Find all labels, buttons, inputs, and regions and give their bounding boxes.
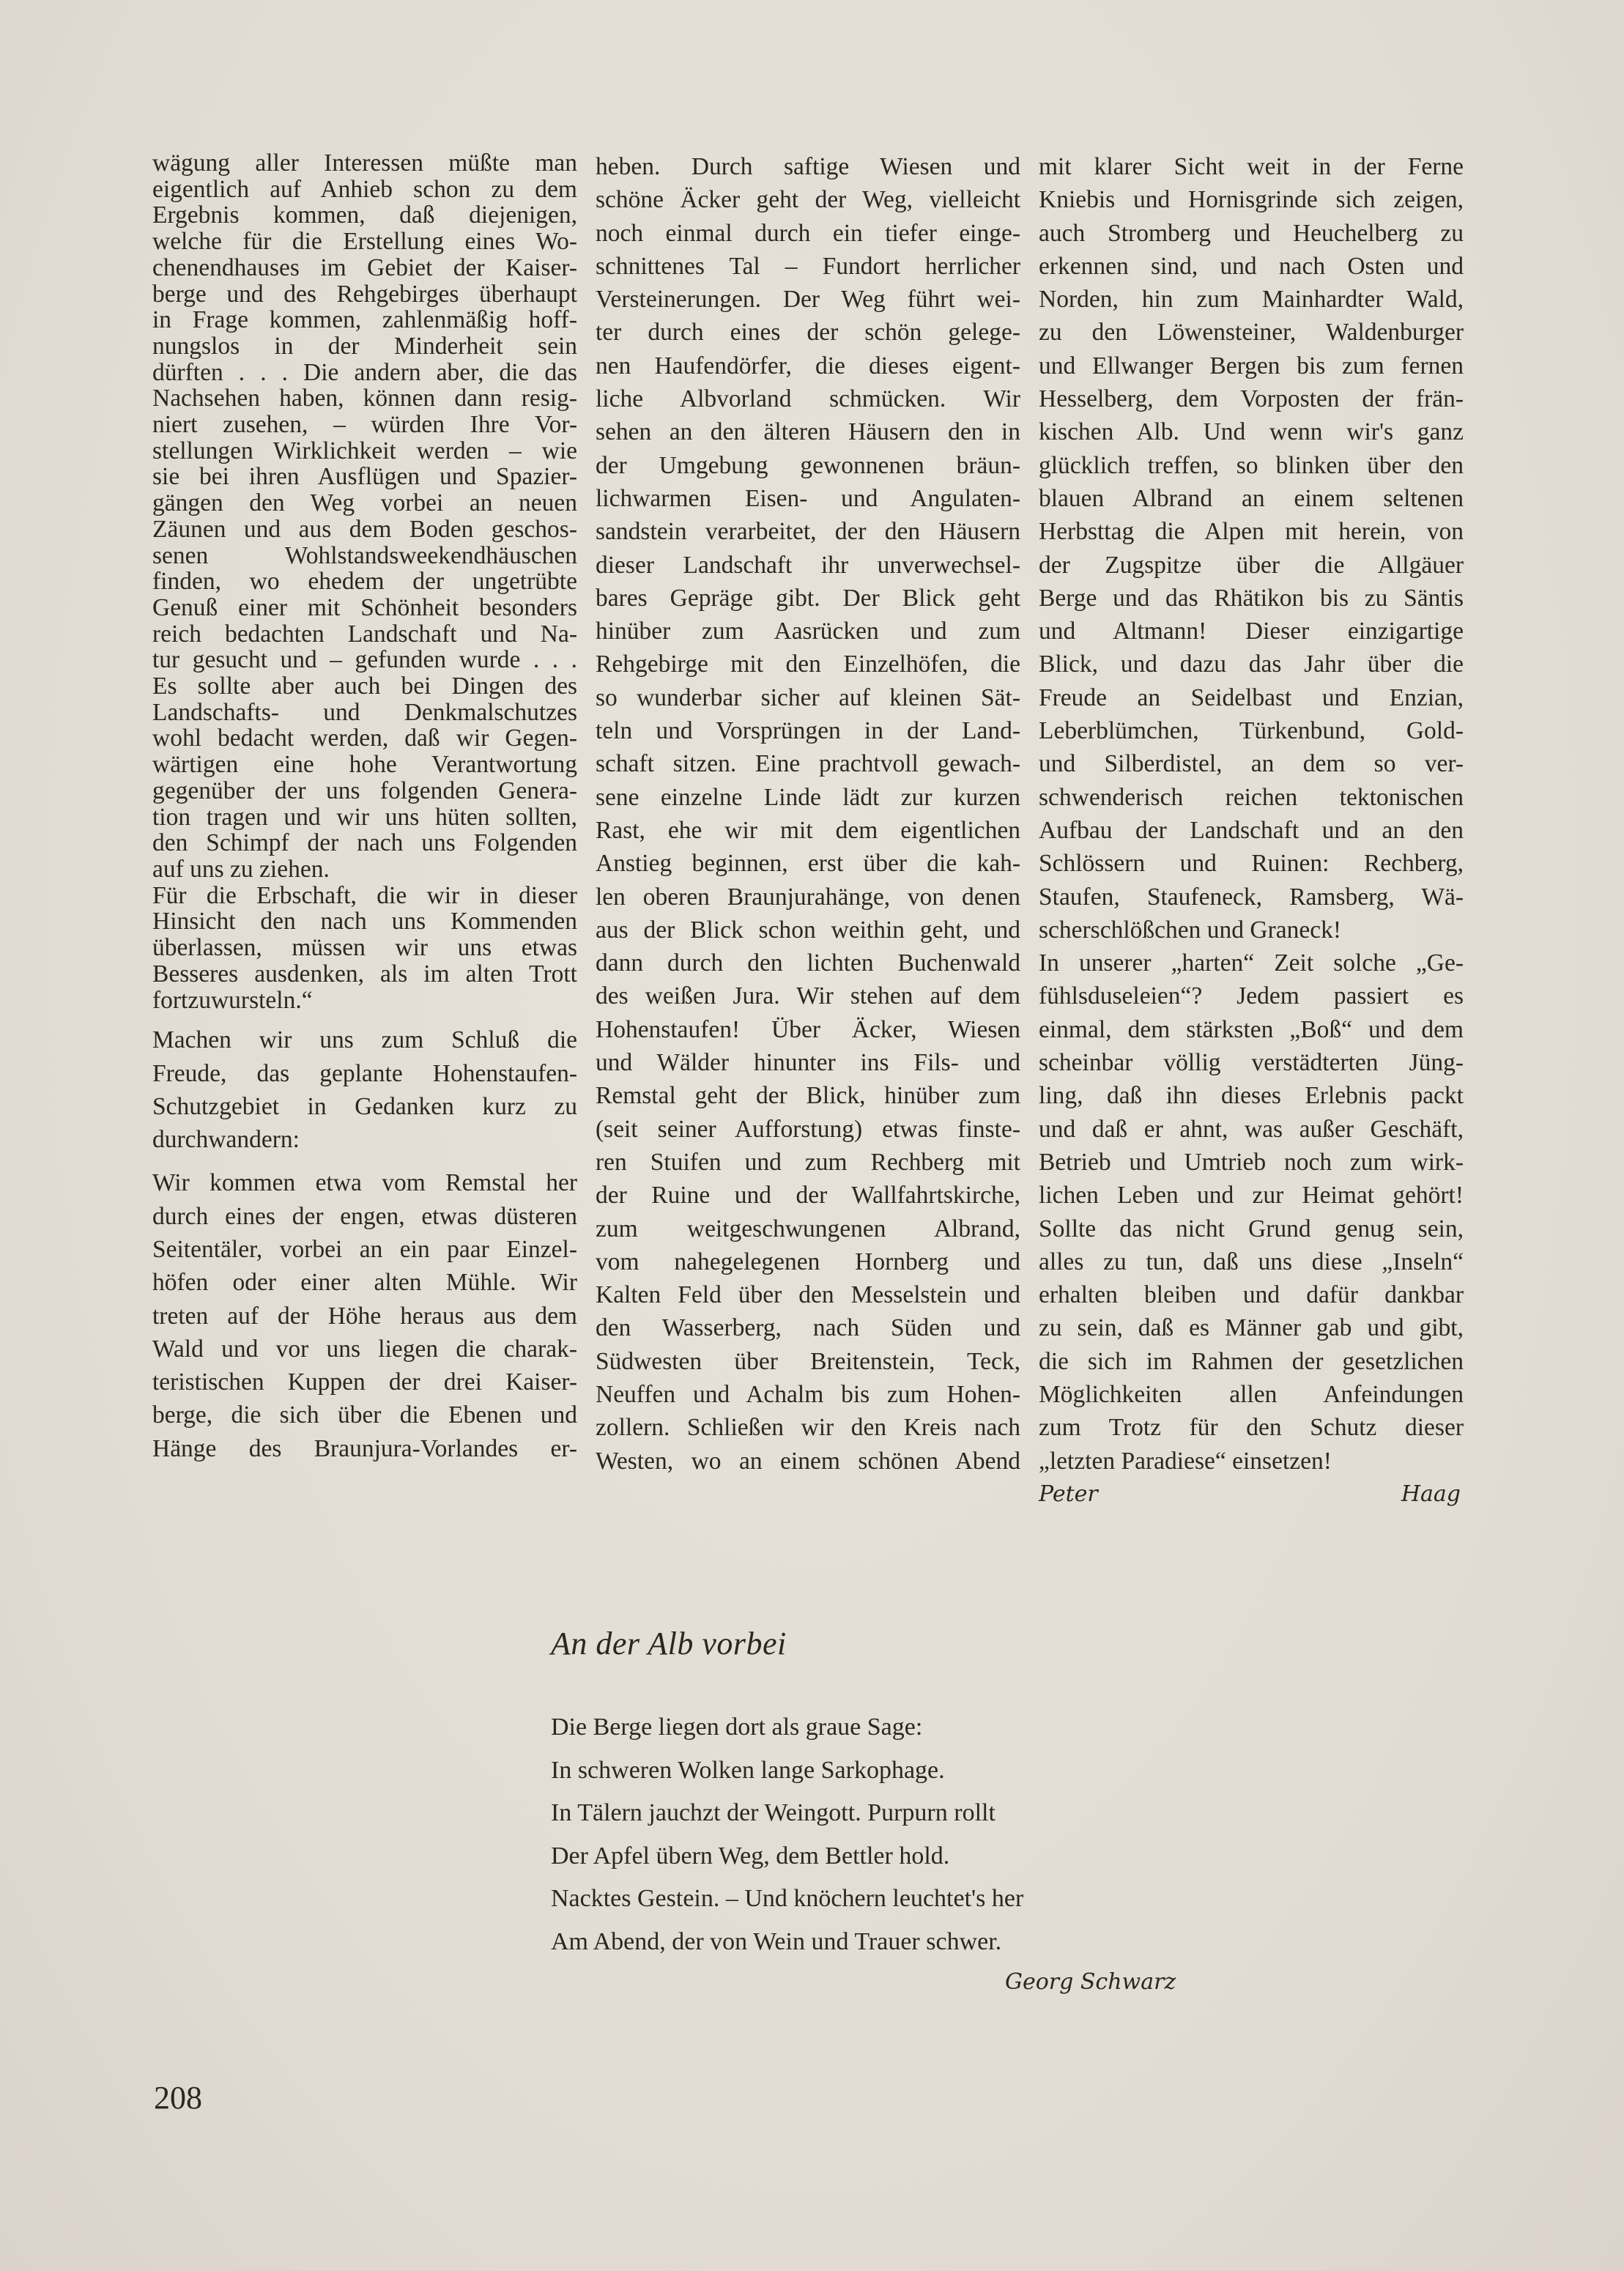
text-line: der Zugspitze über die Allgäuer	[1039, 549, 1464, 582]
text-line: finden, wo ehedem der ungetrübte	[152, 568, 577, 595]
text-line: überlassen, müssen wir uns etwas	[152, 935, 577, 961]
text-line: teristischen Kuppen der drei Kaiser-	[152, 1366, 577, 1398]
text-line: chenendhauses im Gebiet der Kaiser-	[152, 255, 577, 281]
text-line: und Wälder hinunter ins Fils- und	[596, 1046, 1020, 1079]
text-line: den Schimpf der nach uns Folgenden	[152, 830, 577, 856]
text-line: schwenderisch reichen tektonischen	[1039, 781, 1464, 814]
text-line: Der Apfel übern Weg, dem Bettler hold.	[551, 1835, 1195, 1878]
text-line: wohl bedacht werden, daß wir Gegen-	[152, 725, 577, 752]
text-line: Aufbau der Landschaft und an den	[1039, 814, 1464, 847]
text-line: zollern. Schließen wir den Kreis nach	[596, 1411, 1020, 1444]
column1-paragraph-quote: wägung aller Interessen müßte maneigentl…	[152, 150, 577, 1013]
text-line: Hohenstaufen! Über Äcker, Wiesen	[596, 1013, 1020, 1046]
text-line: sandstein verarbeitet, der den Häusern	[596, 515, 1020, 548]
text-line: der Ruine und der Wallfahrtskirche,	[596, 1179, 1020, 1212]
text-line: welche für die Erstellung eines Wo-	[152, 229, 577, 255]
column3-paragraph-view: mit klarer Sicht weit in der FerneKniebi…	[1039, 150, 1464, 946]
text-line: Herbsttag die Alpen mit herein, von	[1039, 515, 1464, 548]
column1-paragraph-walk: Wir kommen etwa vom Remstal herdurch ein…	[152, 1166, 577, 1465]
text-line: reich bedachten Landschaft und Na-	[152, 621, 577, 648]
text-line: Wir kommen etwa vom Remstal her	[152, 1166, 577, 1199]
text-line: Staufen, Staufeneck, Ramsberg, Wä-	[1039, 881, 1464, 914]
text-line: Betrieb und Umtrieb noch zum wirk-	[1039, 1146, 1464, 1179]
text-line: zu den Löwensteiner, Waldenburger	[1039, 316, 1464, 349]
text-line: Nachsehen haben, können dann resig-	[152, 385, 577, 412]
text-line: fortzuwursteln.“	[152, 988, 577, 1014]
text-line: mit klarer Sicht weit in der Ferne	[1039, 150, 1464, 183]
text-line: (seit seiner Aufforstung) etwas finste-	[596, 1113, 1020, 1146]
text-line: auf uns zu ziehen.	[152, 856, 577, 883]
text-line: len oberen Braunjurahänge, von denen	[596, 881, 1020, 914]
text-line: Zäunen und aus dem Boden geschos-	[152, 516, 577, 543]
text-line: höfen oder einer alten Mühle. Wir	[152, 1266, 577, 1299]
text-line: Hinsicht den nach uns Kommenden	[152, 908, 577, 935]
text-line: Die Berge liegen dort als graue Sage:	[551, 1706, 1195, 1749]
article-column-2: heben. Durch saftige Wiesen undschöne Äc…	[596, 150, 1020, 1511]
text-line: Remstal geht der Blick, hinüber zum	[596, 1079, 1020, 1112]
text-line: sene einzelne Linde lädt zur kurzen	[596, 781, 1020, 814]
text-line: Westen, wo an einem schönen Abend	[596, 1445, 1020, 1478]
text-line: Rehgebirge mit den Einzelhöfen, die	[596, 648, 1020, 681]
text-line: schnittenes Tal – Fundort herrlicher	[596, 250, 1020, 283]
poem-author: Georg Schwarz	[551, 1969, 1195, 1995]
text-line: Besseres ausdenken, als im alten Trott	[152, 961, 577, 988]
text-line: liche Albvorland schmücken. Wir	[596, 382, 1020, 415]
text-line: glücklich treffen, so blinken über den	[1039, 449, 1464, 482]
column1-paragraph-conclusion: Machen wir uns zum Schluß dieFreude, das…	[152, 1023, 577, 1156]
text-line: fühlsduseleien“? Jedem passiert es	[1039, 979, 1464, 1012]
column3-paragraph-closing: In unserer „harten“ Zeit solche „Ge-fühl…	[1039, 946, 1464, 1478]
text-line: stellungen Wirklichkeit werden – wie	[152, 438, 577, 464]
text-line: Kalten Feld über den Messelstein und	[596, 1278, 1020, 1311]
text-line: gängen den Weg vorbei an neuen	[152, 490, 577, 516]
text-line: lichen Leben und zur Heimat gehört!	[1039, 1179, 1464, 1212]
page-number: 208	[154, 2079, 202, 2116]
text-line: sie bei ihren Ausflügen und Spazier-	[152, 464, 577, 490]
text-line: berge und des Rehgebirges überhaupt	[152, 281, 577, 308]
text-line: erhalten bleiben und dafür dankbar	[1039, 1278, 1464, 1311]
article-author: Peter Haag	[1039, 1478, 1464, 1511]
text-line: Nacktes Gestein. – Und knöchern leuchtet…	[551, 1878, 1195, 1921]
text-line: dieser Landschaft ihr unverwechsel-	[596, 549, 1020, 582]
text-line: auch Stromberg und Heuchelberg zu	[1039, 217, 1464, 250]
text-line: „letzten Paradiese“ einsetzen!	[1039, 1445, 1464, 1478]
text-line: In Tälern jauchzt der Weingott. Purpurn …	[551, 1792, 1195, 1835]
text-line: aus der Blick schon weithin geht, und	[596, 914, 1020, 946]
text-line: ren Stuifen und zum Rechberg mit	[596, 1146, 1020, 1179]
text-line: Blick, und dazu das Jahr über die	[1039, 648, 1464, 681]
text-line: wägung aller Interessen müßte man	[152, 150, 577, 177]
text-line: durchwandern:	[152, 1123, 577, 1156]
article-column-3: mit klarer Sicht weit in der FerneKniebi…	[1039, 150, 1464, 1511]
text-line: in Frage kommen, zahlenmäßig hoff-	[152, 307, 577, 333]
text-line: Seitentäler, vorbei an ein paar Einzel-	[152, 1233, 577, 1266]
text-line: ling, daß ihn dieses Erlebnis packt	[1039, 1079, 1464, 1112]
text-line: tion tragen und wir uns hüten sollten,	[152, 804, 577, 831]
text-line: Ergebnis kommen, daß diejenigen,	[152, 202, 577, 229]
text-line: Wald und vor uns liegen die charak-	[152, 1333, 577, 1366]
text-line: Schlössern und Ruinen: Rechberg,	[1039, 847, 1464, 880]
text-line: dann durch den lichten Buchenwald	[596, 946, 1020, 979]
text-line: noch einmal durch ein tiefer einge-	[596, 217, 1020, 250]
text-line: der Umgebung gewonnenen bräun-	[596, 449, 1020, 482]
text-line: dürften . . . Die andern aber, die das	[152, 360, 577, 386]
text-line: alles zu tun, daß uns diese „Inseln“	[1039, 1245, 1464, 1278]
text-line: Landschafts- und Denkmalschutzes	[152, 700, 577, 726]
text-line: Neuffen und Achalm bis zum Hohen-	[596, 1378, 1020, 1411]
text-line: Norden, hin zum Mainhardter Wald,	[1039, 283, 1464, 316]
text-line: und Altmann! Dieser einzigartige	[1039, 615, 1464, 648]
text-line: senen Wohlstandsweekendhäuschen	[152, 543, 577, 569]
text-line: Rast, ehe wir mit dem eigentlichen	[596, 814, 1020, 847]
text-line: tur gesucht und – gefunden wurde . . .	[152, 647, 577, 673]
text-line: heben. Durch saftige Wiesen und	[596, 150, 1020, 183]
poem: An der Alb vorbei Die Berge liegen dort …	[551, 1625, 1195, 1995]
text-line: gegenüber der uns folgenden Genera-	[152, 778, 577, 804]
text-line: Anstieg beginnen, erst über die kah-	[596, 847, 1020, 880]
text-line: und Silberdistel, an dem so ver-	[1039, 747, 1464, 780]
text-line: schaft sitzen. Eine prachtvoll gewach-	[596, 747, 1020, 780]
text-line: ter durch eines der schön gelege-	[596, 316, 1020, 349]
text-line: einmal, dem stärksten „Boß“ und dem	[1039, 1013, 1464, 1046]
text-line: berge, die sich über die Ebenen und	[152, 1398, 577, 1431]
text-line: eigentlich auf Anhieb schon zu dem	[152, 177, 577, 203]
text-line: nen Haufendörfer, die dieses eigent-	[596, 349, 1020, 382]
text-line: Hänge des Braunjura-Vorlandes er-	[152, 1432, 577, 1465]
text-line: treten auf der Höhe heraus aus dem	[152, 1300, 577, 1333]
text-line: kischen Alb. Und wenn wir's ganz	[1039, 415, 1464, 448]
text-line: Hesselberg, dem Vorposten der frän-	[1039, 382, 1464, 415]
text-line: und Ellwanger Bergen bis zum fernen	[1039, 349, 1464, 382]
text-line: Für die Erbschaft, die wir in dieser	[152, 883, 577, 909]
text-line: nungslos in der Minderheit sein	[152, 333, 577, 360]
text-line: Sollte das nicht Grund genug sein,	[1039, 1212, 1464, 1245]
text-line: niert zusehen, – würden Ihre Vor-	[152, 412, 577, 438]
text-line: Kniebis und Hornisgrinde sich zeigen,	[1039, 183, 1464, 216]
article-columns: wägung aller Interessen müßte maneigentl…	[152, 150, 1464, 1511]
text-line: den Wasserberg, nach Süden und	[596, 1311, 1020, 1344]
text-line: sehen an den älteren Häusern den in	[596, 415, 1020, 448]
text-line: Berge und das Rhätikon bis zu Säntis	[1039, 582, 1464, 615]
text-line: Genuß einer mit Schönheit besonders	[152, 595, 577, 621]
text-line: durch eines der engen, etwas düsteren	[152, 1200, 577, 1233]
magazine-page: wägung aller Interessen müßte maneigentl…	[0, 0, 1624, 2271]
text-line: die sich im Rahmen der gesetzlichen	[1039, 1345, 1464, 1378]
text-line: Versteinerungen. Der Weg führt wei-	[596, 283, 1020, 316]
text-line: Südwesten über Breitenstein, Teck,	[596, 1345, 1020, 1378]
article-column-1: wägung aller Interessen müßte maneigentl…	[152, 150, 577, 1511]
text-line: Es sollte aber auch bei Dingen des	[152, 673, 577, 700]
text-line: Möglichkeiten allen Anfeindungen	[1039, 1378, 1464, 1411]
poem-body: Die Berge liegen dort als graue Sage:In …	[551, 1706, 1195, 1963]
text-line: des weißen Jura. Wir stehen auf dem	[596, 979, 1020, 1012]
text-line: schöne Äcker geht der Weg, vielleicht	[596, 183, 1020, 216]
text-line: scheinbar völlig verstädterten Jüng-	[1039, 1046, 1464, 1079]
text-line: und daß er ahnt, was außer Geschäft,	[1039, 1113, 1464, 1146]
text-line: Machen wir uns zum Schluß die	[152, 1023, 577, 1056]
text-line: scherschlößchen und Graneck!	[1039, 914, 1464, 946]
text-line: teln und Vorsprüngen in der Land-	[596, 714, 1020, 747]
text-line: hinüber zum Aasrücken und zum	[596, 615, 1020, 648]
text-line: Leberblümchen, Türkenbund, Gold-	[1039, 714, 1464, 747]
text-line: zum Trotz für den Schutz dieser	[1039, 1411, 1464, 1444]
text-line: vom nahegelegenen Hornberg und	[596, 1245, 1020, 1278]
text-line: erkennen sind, und nach Osten und	[1039, 250, 1464, 283]
text-line: blauen Albrand an einem seltenen	[1039, 482, 1464, 515]
text-line: Am Abend, der von Wein und Trauer schwer…	[551, 1921, 1195, 1964]
text-line: so wunderbar sicher auf kleinen Sät-	[596, 681, 1020, 714]
text-line: lichwarmen Eisen- und Angulaten-	[596, 482, 1020, 515]
text-line: In schweren Wolken lange Sarkophage.	[551, 1749, 1195, 1793]
text-line: In unserer „harten“ Zeit solche „Ge-	[1039, 946, 1464, 979]
text-line: Freude an Seidelbast und Enzian,	[1039, 681, 1464, 714]
text-line: wärtigen eine hohe Verantwortung	[152, 752, 577, 778]
text-line: zu sein, daß es Männer gab und gibt,	[1039, 1311, 1464, 1344]
text-line: Freude, das geplante Hohenstaufen-	[152, 1057, 577, 1090]
poem-title: An der Alb vorbei	[551, 1625, 1195, 1662]
text-line: Schutzgebiet in Gedanken kurz zu	[152, 1090, 577, 1123]
text-line: bares Gepräge gibt. Der Blick geht	[596, 582, 1020, 615]
text-line: zum weitgeschwungenen Albrand,	[596, 1212, 1020, 1245]
